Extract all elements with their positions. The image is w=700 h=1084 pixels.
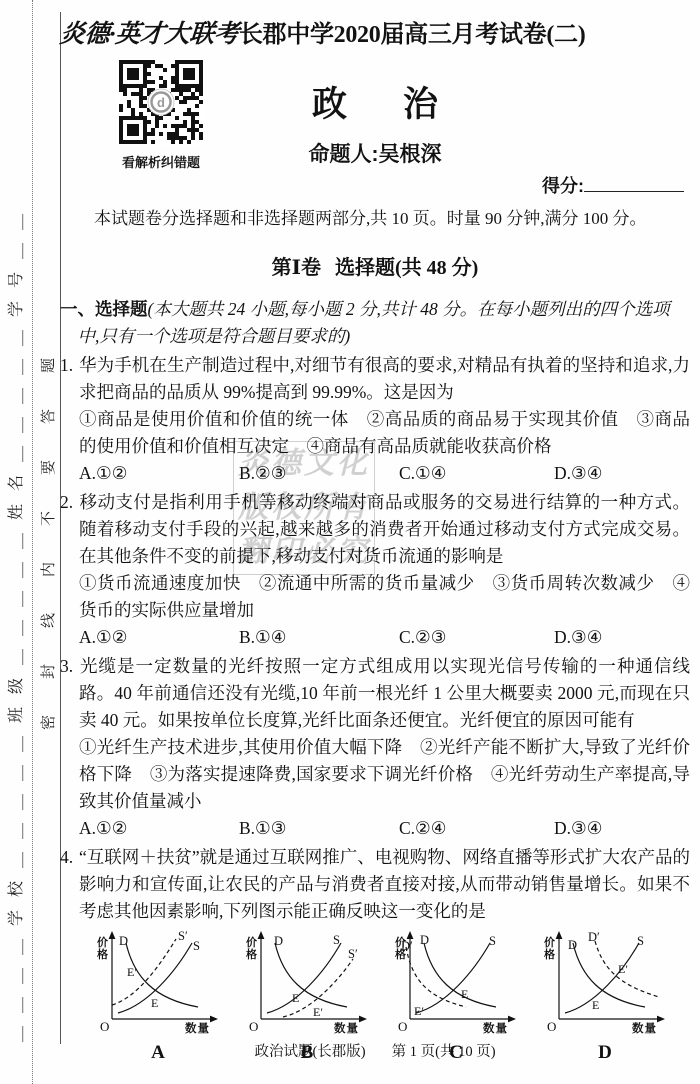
paper-title-rest: 长郡中学2020届高三月考试卷(二) [239,22,586,48]
option-d: D.③④ [554,624,690,651]
question-options: A.①② B.①④ C.②③ D.③④ [60,624,690,651]
question-2: 2.移动支付是指利用手机等移动终端对商品或服务的交易进行结算的一种方式。随着移动… [60,489,690,651]
svg-text:E: E [592,998,599,1012]
qr-caption: 看解析纠错题 [116,152,206,171]
svg-text:价: 价 [544,935,555,949]
svg-text:格: 格 [246,947,257,961]
page-footer: 政治试题(长郡版) 第 1 页(共 10 页) [60,1040,690,1061]
question-options: A.①② B.②③ C.①④ D.③④ [60,460,690,487]
question-options: A.①② B.①③ C.②④ D.③④ [60,815,690,842]
question-number: 2. [60,489,79,516]
option-d: D.③④ [554,815,690,842]
question-text: 光缆是一定数量的光纤按照一定方式组成用以实现光信号传输的一种通信线路。40 年前… [79,656,690,730]
svg-text:E′: E′ [127,965,137,979]
question-number: 4. [60,844,79,871]
svg-text:E: E [292,991,299,1005]
svg-text:S: S [637,934,644,948]
svg-text:O: O [100,1019,109,1034]
option-d: D.③④ [554,460,690,487]
question-3: 3.光缆是一定数量的光纤按照一定方式组成用以实现光信号传输的一种通信线路。40 … [60,653,690,842]
section-number: 一、选择题 [60,299,148,319]
student-info-fields: ＿＿＿＿学校＿＿＿＿＿班级＿＿＿＿＿姓名＿＿＿＿＿学号＿＿ [3,14,29,1042]
score-label: 得分: [542,176,584,196]
option-b: B.①④ [239,624,399,651]
paper-title: 炎德·英才大联考长郡中学2020届高三月考试卷(二) [60,14,690,50]
section-intro: 一、选择题(本大题共 24 小题,每小题 2 分,共计 48 分。在每小题列出的… [60,296,690,350]
svg-text:S′: S′ [178,929,188,943]
svg-text:数量: 数量 [632,1021,657,1035]
exam-instructions: 本试题卷分选择题和非选择题两部分,共 10 页。时量 90 分钟,满分 100 … [60,206,690,231]
svg-text:价: 价 [97,935,108,949]
option-b: B.②③ [239,460,399,487]
question-text: 华为手机在生产制造过程中,对细节有很高的要求,对精品有执着的坚持和追求,力求把商… [79,355,690,402]
svg-text:O: O [398,1019,407,1034]
score-blank-line [584,175,684,192]
supply-demand-chart: 价格数量OD′DSEE′ [386,929,526,1043]
seal-line-text: 密封线内不要答题 [37,12,61,1040]
svg-text:D: D [119,934,128,948]
svg-text:格: 格 [97,947,108,961]
question-stem: 1.华为手机在生产制造过程中,对细节有很高的要求,对精品有执着的坚持和追求,力求… [60,352,690,406]
svg-text:S: S [333,933,340,947]
svg-text:D: D [420,933,429,947]
part1-volume: 第Ⅰ卷 [272,257,321,279]
svg-text:E′: E′ [313,1005,323,1019]
svg-text:E′: E′ [618,962,628,976]
question-stem: 2.移动支付是指利用手机等移动终端对商品或服务的交易进行结算的一种方式。随着移动… [60,489,690,570]
svg-text:S′: S′ [348,947,358,961]
svg-text:O: O [249,1019,258,1034]
svg-text:格: 格 [544,947,555,961]
svg-text:价: 价 [246,935,257,949]
svg-text:S: S [489,934,496,948]
qr-code: d [116,58,206,151]
score-row: 得分: [60,172,690,198]
question-items: ①货币流通速度加快 ②流通中所需的货币量减少 ③货币周转次数减少 ④货币的实际供… [60,570,690,624]
question-stem: 4.“互联网＋扶贫”就是通过互联网推广、电视购物、网络直播等形式扩大农产品的影响… [60,844,690,925]
paper-series-brand: 炎德·英才大联考 [59,14,240,50]
section-note: (本大题共 24 小题,每小题 2 分,共计 48 分。在每小题列出的四个选项中… [78,299,670,346]
part1-type: 选择题(共 48 分) [335,257,478,279]
svg-text:数量: 数量 [334,1021,359,1035]
exam-page: { "header": { "paper_series": "炎德·英才大联考"… [0,0,700,1084]
svg-text:D: D [274,934,283,948]
question-items: ①商品是使用价值和价值的统一体 ②高品质的商品易于实现其价值 ③商品的使用价值和… [60,406,690,460]
question-items: ①光纤生产技术进步,其使用价值大幅下降 ②光纤产能不断扩大,导致了光纤价格下降 … [60,734,690,815]
option-c: C.②③ [399,624,554,651]
qr-block: d 看解析纠错题 [116,58,206,171]
part1-title: 第Ⅰ卷选择题(共 48 分) [60,251,690,280]
option-b: B.①③ [239,815,399,842]
question-text: “互联网＋扶贫”就是通过互联网推广、电视购物、网络直播等形式扩大农产品的影响力和… [79,847,690,921]
seal-dotted-line [32,0,33,1084]
question-number: 3. [60,653,79,680]
footer-paper-name: 政治试题(长郡版) [254,1040,365,1061]
supply-demand-chart: 价格数量ODSS′EE′ [88,929,228,1043]
svg-text:D′: D′ [588,930,600,944]
question-number: 1. [60,352,79,379]
svg-text:D: D [568,938,577,952]
svg-text:D′: D′ [401,939,413,953]
question-stem: 3.光缆是一定数量的光纤按照一定方式组成用以实现光信号传输的一种通信线路。40 … [60,653,690,734]
question-text: 移动支付是指利用手机等移动终端对商品或服务的交易进行结算的一种方式。随着移动支付… [79,492,690,566]
svg-text:数量: 数量 [185,1021,210,1035]
svg-text:数量: 数量 [483,1021,508,1035]
main-content: 炎德·英才大联考长郡中学2020届高三月考试卷(二) d 看解析纠错题 政治 命… [60,14,690,1063]
footer-page-number: 第 1 页(共 10 页) [392,1040,496,1061]
svg-text:E: E [461,987,468,1001]
option-c: C.①④ [399,460,554,487]
svg-text:S: S [193,939,200,953]
option-a: A.①② [79,460,239,487]
svg-text:O: O [547,1019,556,1034]
supply-demand-chart: 价格数量ODD′SEE′ [535,929,675,1043]
svg-text:E′: E′ [414,1004,424,1018]
supply-demand-chart: 价格数量ODSS′EE′ [237,929,377,1043]
question-4: 4.“互联网＋扶贫”就是通过互联网推广、电视购物、网络直播等形式扩大农产品的影响… [60,844,690,1063]
option-a: A.①② [79,815,239,842]
option-a: A.①② [79,624,239,651]
question-1: 1.华为手机在生产制造过程中,对细节有很高的要求,对精品有执着的坚持和追求,力求… [60,352,690,487]
svg-text:d: d [157,95,165,110]
option-c: C.②④ [399,815,554,842]
svg-text:E: E [151,996,158,1010]
